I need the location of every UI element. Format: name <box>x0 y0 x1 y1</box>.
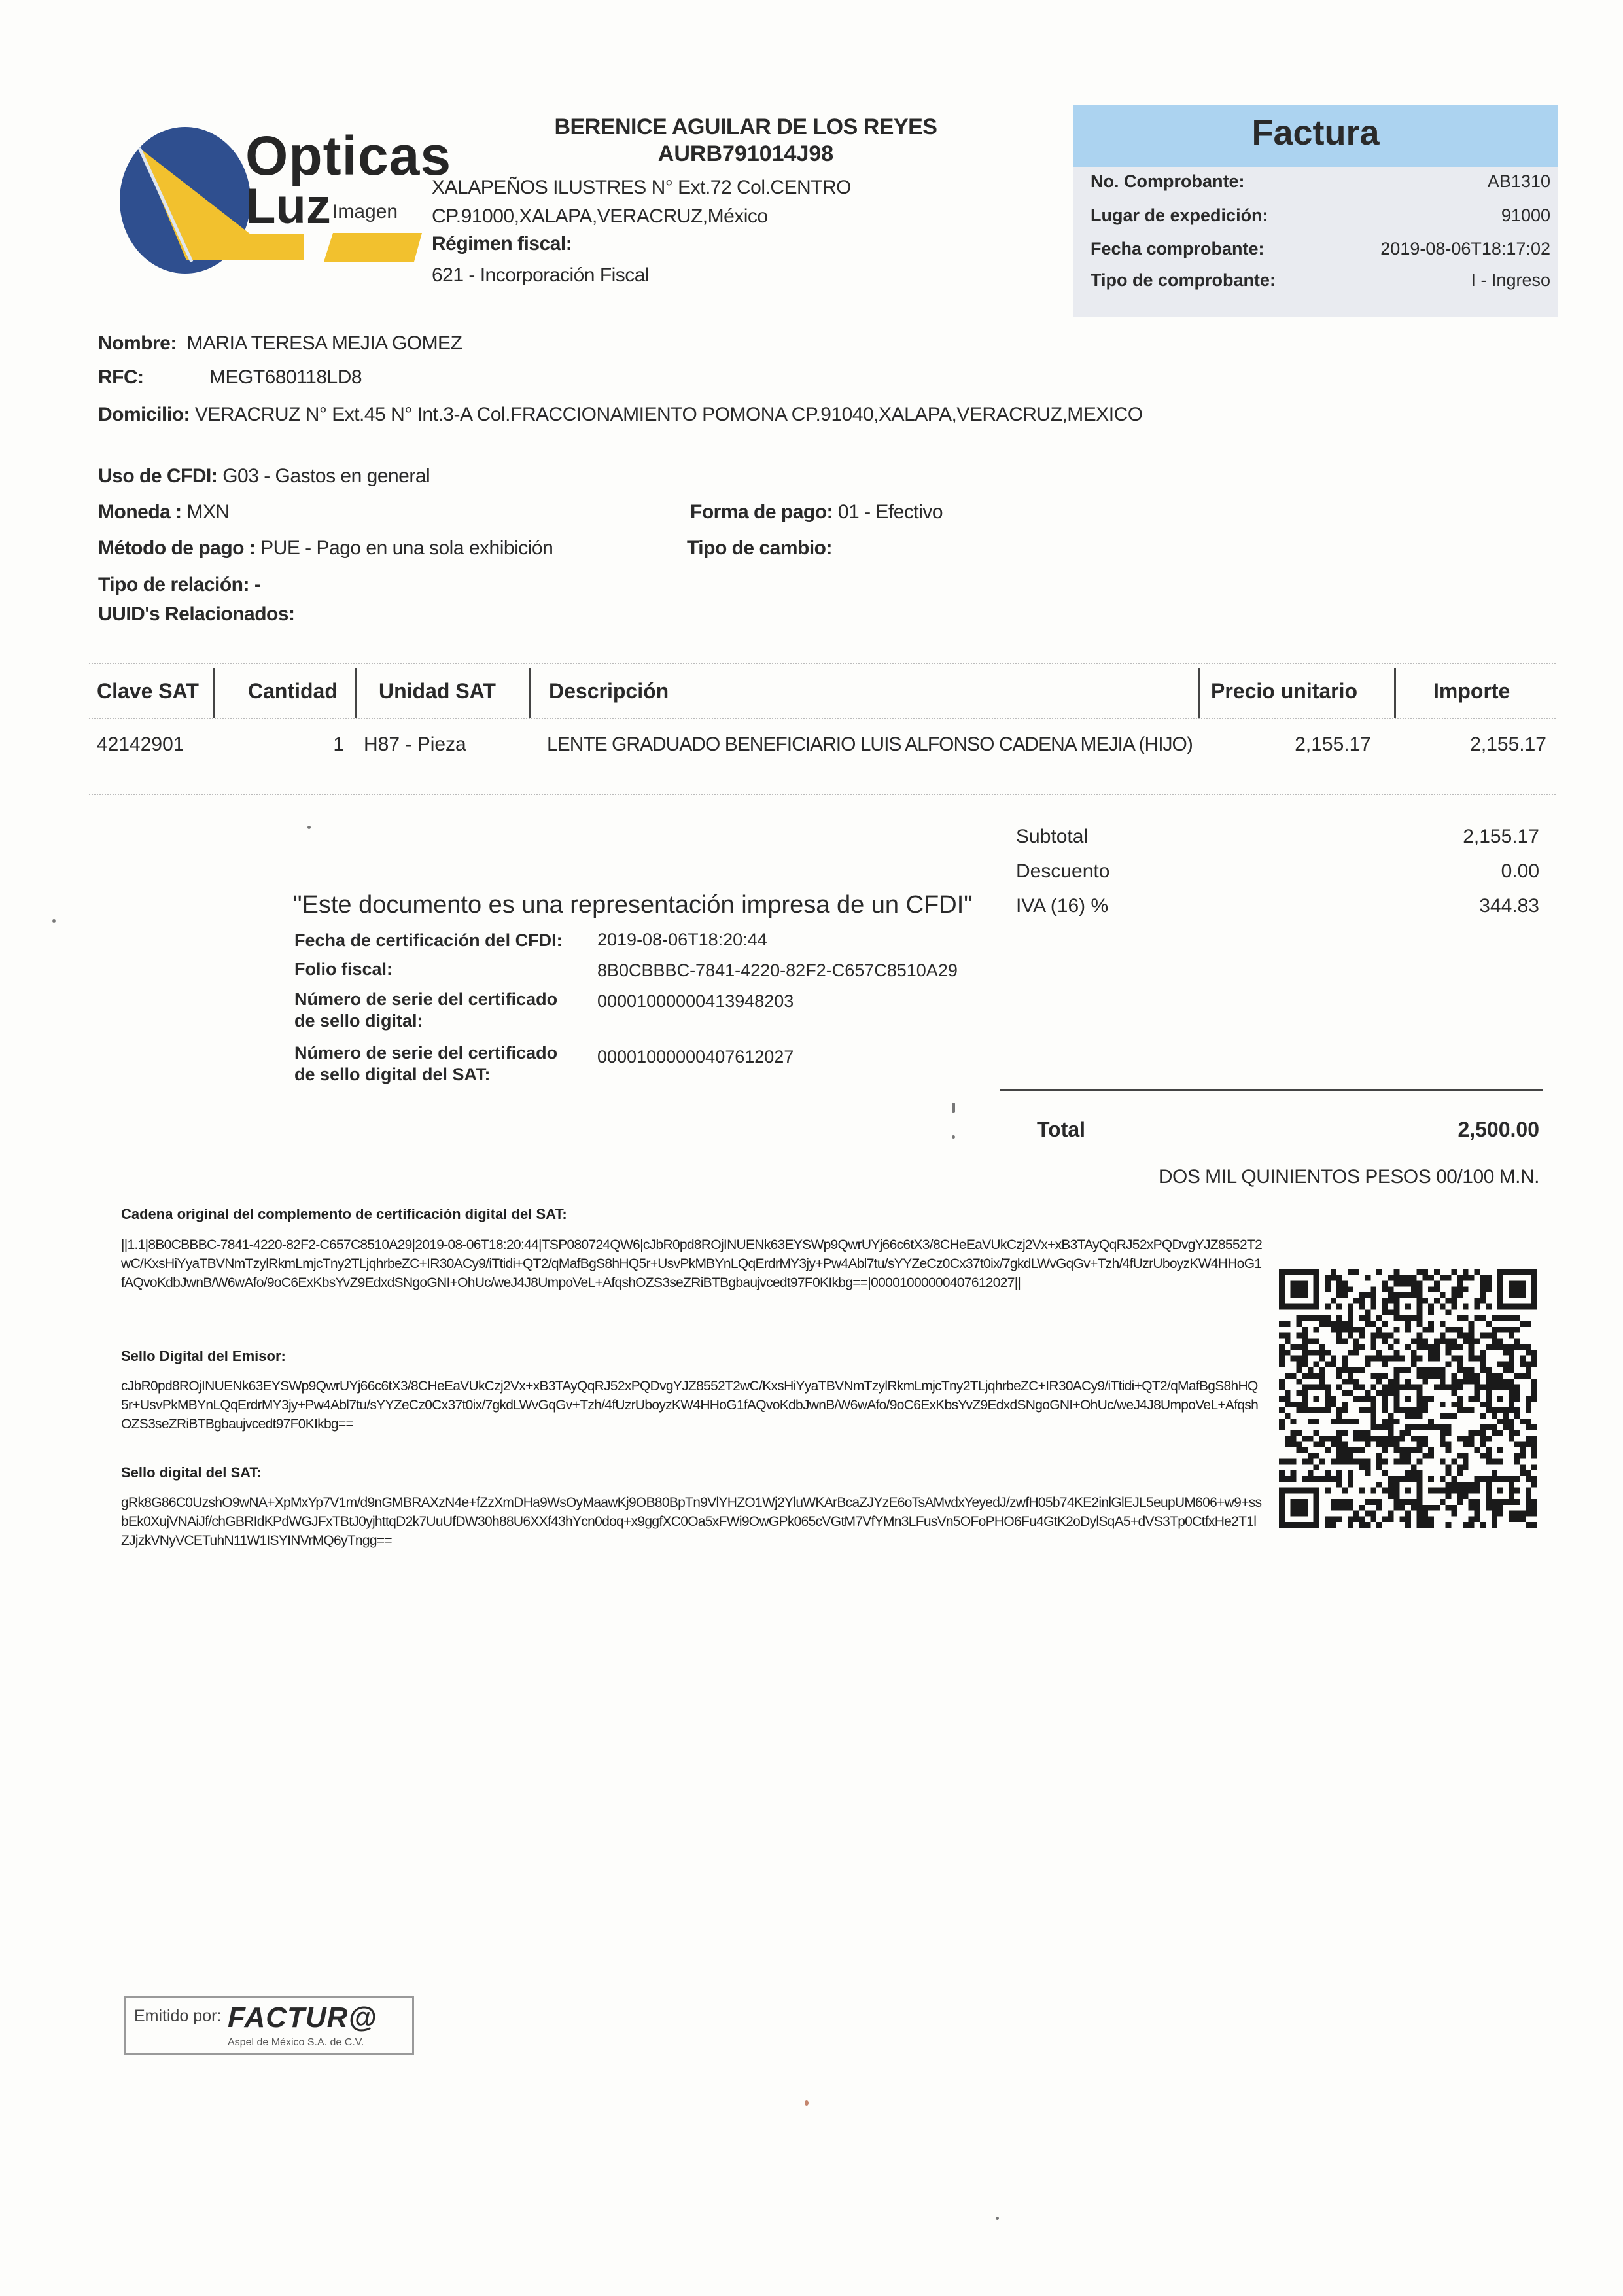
receiver-address-label: Domicilio: <box>98 404 190 425</box>
column-separator <box>213 668 215 718</box>
totals-divider <box>1000 1089 1543 1091</box>
receiver-name-label: Nombre: <box>98 332 177 354</box>
invoice-number-value: AB1310 <box>1488 171 1550 192</box>
facture-logo: FACTUR@ <box>228 2002 377 2034</box>
payment-method-label: Método de pago : <box>98 537 255 559</box>
qr-code-icon <box>1279 1269 1537 1528</box>
payment-method: Método de pago : PUE - Pago en una sola … <box>98 537 553 559</box>
cell-descripcion: LENTE GRADUADO BENEFICIARIO LUIS ALFONSO… <box>547 730 1299 759</box>
tax-label: IVA (16) % <box>1016 895 1108 917</box>
original-chain-text: ||1.1|8B0CBBBC-7841-4220-82F2-C657C8510A… <box>121 1235 1263 1292</box>
invoice-info-box: Factura No. Comprobante: AB1310 Lugar de… <box>1073 105 1558 317</box>
relation-type-label: Tipo de relación: <box>98 574 249 595</box>
cell-unidad-sat: H87 - Pieza <box>364 730 466 759</box>
exchange-rate-label: Tipo de cambio: <box>687 537 832 559</box>
tax-value: 344.83 <box>1479 895 1539 917</box>
discount-value: 0.00 <box>1501 860 1539 883</box>
certification-date-label: Fecha de certificación del CFDI: <box>294 930 563 951</box>
sat-seal-title: Sello digital del SAT: <box>121 1464 262 1481</box>
items-table-header: Clave SAT Cantidad Unidad SAT Descripció… <box>89 663 1556 719</box>
payment-form-label: Forma de pago: <box>690 501 833 523</box>
total-label: Total <box>1037 1118 1085 1142</box>
fiscal-folio-label: Folio fiscal: <box>294 959 393 980</box>
currency-value: MXN <box>187 501 230 523</box>
sat-certificate-serial-value: 00001000000407612027 <box>597 1047 794 1067</box>
issuer-certificate-serial-label: Número de serie del certificado de sello… <box>294 989 582 1032</box>
column-header-precio-unitario: Precio unitario <box>1211 664 1357 718</box>
issuer-rfc: AURB791014J98 <box>458 141 1034 167</box>
relation-type: Tipo de relación: - <box>98 574 260 596</box>
place-of-issue-value: 91000 <box>1501 205 1550 226</box>
column-header-cantidad: Cantidad <box>248 664 338 718</box>
cell-importe: 2,155.17 <box>1391 730 1546 759</box>
issued-by-label: Emitido por: <box>134 2007 221 2026</box>
invoice-date-label: Fecha comprobante: <box>1091 239 1265 259</box>
scan-speck <box>805 2100 809 2106</box>
discount-label: Descuento <box>1016 860 1109 883</box>
column-separator <box>355 668 357 718</box>
logo-text-imagen: Imagen <box>332 201 398 223</box>
place-of-issue-label: Lugar de expedición: <box>1091 205 1268 226</box>
sat-seal-text: gRk8G86C0UzshO9wNA+XpMxYp7V1m/d9nGMBRAXz… <box>121 1493 1263 1550</box>
cfdi-use-value: G03 - Gastos en general <box>222 465 430 487</box>
receiver-name: Nombre: MARIA TERESA MEJIA GOMEZ <box>98 332 462 355</box>
payment-method-value: PUE - Pago en una sola exhibición <box>260 537 553 559</box>
subtotal-value: 2,155.17 <box>1463 826 1539 848</box>
table-bottom-border <box>89 794 1556 795</box>
issuer-address-line2: CP.91000,XALAPA,VERACRUZ,México <box>432 205 768 228</box>
column-header-descripcion: Descripción <box>549 664 669 718</box>
cfdi-use-label: Uso de CFDI: <box>98 465 217 487</box>
issuer-seal-title: Sello Digital del Emisor: <box>121 1348 286 1365</box>
currency-label: Moneda : <box>98 501 182 523</box>
scan-speck <box>952 1135 955 1139</box>
receiver-address: Domicilio: VERACRUZ N° Ext.45 N° Int.3-A… <box>98 404 1143 426</box>
scan-speck <box>307 826 311 829</box>
column-header-clave-sat: Clave SAT <box>97 664 199 718</box>
cfdi-representation-note: "Este documento es una representación im… <box>293 891 973 919</box>
invoice-title-bar: Factura <box>1073 105 1558 167</box>
currency: Moneda : MXN <box>98 501 230 523</box>
original-chain-title: Cadena original del complemento de certi… <box>121 1206 567 1223</box>
cell-precio-unitario: 2,155.17 <box>1214 730 1371 759</box>
facture-company-name: Aspel de México S.A. de C.V. <box>228 2037 364 2049</box>
exchange-rate: Tipo de cambio: <box>687 537 832 559</box>
issuer-regimen-value: 621 - Incorporación Fiscal <box>432 264 649 287</box>
scan-speck <box>952 1103 955 1113</box>
column-separator <box>1198 668 1200 718</box>
subtotal-label: Subtotal <box>1016 826 1088 848</box>
invoice-title: Factura <box>1073 113 1558 153</box>
relation-type-value: - <box>254 574 261 595</box>
invoice-type-label: Tipo de comprobante: <box>1091 270 1276 291</box>
column-separator <box>1394 668 1396 718</box>
invoice-type-value: I - Ingreso <box>1471 270 1550 291</box>
fiscal-folio-value: 8B0CBBBC-7841-4220-82F2-C657C8510A29 <box>597 961 958 981</box>
invoice-number-label: No. Comprobante: <box>1091 171 1245 192</box>
issuer-certificate-serial-value: 00001000000413948203 <box>597 991 794 1012</box>
issued-by-badge: Emitido por: FACTUR@ Aspel de México S.A… <box>124 1996 414 2055</box>
receiver-name-value: MARIA TERESA MEJIA GOMEZ <box>187 332 462 354</box>
total-value: 2,500.00 <box>1457 1118 1539 1142</box>
payment-form: Forma de pago: 01 - Efectivo <box>690 501 943 523</box>
column-header-unidad-sat: Unidad SAT <box>379 664 496 718</box>
column-header-importe: Importe <box>1433 664 1510 718</box>
cell-cantidad: 1 <box>253 730 344 759</box>
logo-text-luz: Luz <box>245 178 331 235</box>
cfdi-use: Uso de CFDI: G03 - Gastos en general <box>98 465 430 487</box>
scan-speck <box>996 2217 999 2220</box>
receiver-rfc-label: RFC: <box>98 366 144 389</box>
total-in-words: DOS MIL QUINIENTOS PESOS 00/100 M.N. <box>1159 1166 1539 1188</box>
issuer-regimen-label: Régimen fiscal: <box>432 233 572 255</box>
payment-form-value: 01 - Efectivo <box>838 501 943 523</box>
column-separator <box>529 668 531 718</box>
related-uuids-label: UUID's Relacionados: <box>98 603 295 626</box>
logo-stripe-icon <box>324 233 422 262</box>
issuer-address-line1: XALAPEÑOS ILUSTRES N° Ext.72 Col.CENTRO <box>432 177 851 199</box>
issuer-seal-text: cJbR0pd8ROjINUENk63EYSWp9QwrUYj66c6tX3/8… <box>121 1377 1263 1434</box>
invoice-date-value: 2019-08-06T18:17:02 <box>1380 239 1550 259</box>
scan-speck <box>52 919 56 923</box>
receiver-address-value: VERACRUZ N° Ext.45 N° Int.3-A Col.FRACCI… <box>195 404 1143 425</box>
issuer-name: BERENICE AGUILAR DE LOS REYES <box>458 115 1034 140</box>
cell-clave-sat: 42142901 <box>97 730 184 759</box>
receiver-rfc-value: MEGT680118LD8 <box>209 366 362 389</box>
sat-certificate-serial-label: Número de serie del certificado de sello… <box>294 1042 582 1086</box>
certification-date-value: 2019-08-06T18:20:44 <box>597 930 767 950</box>
qr-code <box>1279 1269 1537 1528</box>
